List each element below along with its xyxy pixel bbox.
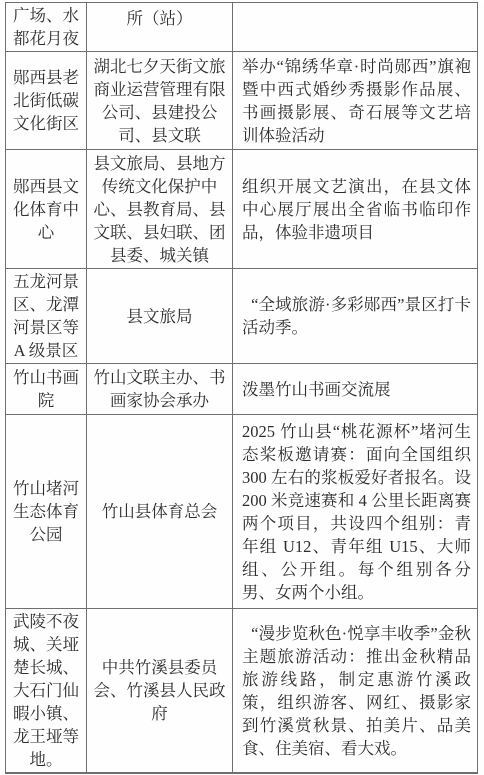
organizer-cell: 县文旅局、县地方传统文化保护中心、县教育局、县文联、县妇联、团县委、城关镇	[87, 150, 233, 269]
table-row: 竹山书画院 竹山文联主办、书画家协会承办 泼墨竹山书画交流展	[6, 364, 478, 415]
activities-table: 广场、水都花月夜 所（站） 郧西县老北街低碳文化街区 湖北七夕天街文旅商业运营管…	[5, 2, 478, 774]
venue-cell: 竹山书画院	[6, 364, 87, 415]
activity-cell: 组织开展文艺演出，在县文体中心展厅展出全省临书临印作品，体验非遗项目	[233, 150, 478, 269]
document-page: 广场、水都花月夜 所（站） 郧西县老北街低碳文化街区 湖北七夕天街文旅商业运营管…	[0, 2, 484, 775]
table-row: 竹山堵河生态体育公园 竹山县体育总会 2025 竹山县“桃花源杯”堵河生态桨板邀…	[6, 415, 478, 609]
table-row: 五龙河景区、龙潭河景区等 A 级景区 县文旅局 “全域旅游·多彩郧西”景区打卡活…	[6, 269, 478, 364]
venue-cell: 武陵不夜城、关垭楚长城、大石门仙暇小镇、龙王垭等地。	[6, 609, 87, 774]
activity-cell: 泼墨竹山书画交流展	[233, 364, 478, 415]
venue-cell: 竹山堵河生态体育公园	[6, 415, 87, 609]
venue-cell: 郧西县文化体育中心	[6, 150, 87, 269]
organizer-cell: 湖北七夕天街文旅商业运营管理有限公司、县建投公司、县文联	[87, 52, 233, 150]
table-row: 郧西县老北街低碳文化街区 湖北七夕天街文旅商业运营管理有限公司、县建投公司、县文…	[6, 52, 478, 150]
activity-cell: “全域旅游·多彩郧西”景区打卡活动季。	[233, 269, 478, 364]
organizer-cell: 中共竹溪县委员会、竹溪县人民政府	[87, 609, 233, 774]
activity-cell: 举办“锦绣华章·时尚郧西”旗袍暨中西式婚纱秀摄影作品展、书画摄影展、奇石展等文艺…	[233, 52, 478, 150]
organizer-cell: 竹山文联主办、书画家协会承办	[87, 364, 233, 415]
venue-cell: 五龙河景区、龙潭河景区等 A 级景区	[6, 269, 87, 364]
table-row: 广场、水都花月夜 所（站）	[6, 3, 478, 52]
table-row: 郧西县文化体育中心 县文旅局、县地方传统文化保护中心、县教育局、县文联、县妇联、…	[6, 150, 478, 269]
activity-cell: “漫步览秋色·悦享丰收季”金秋主题旅游活动：推出金秋精品旅游线路，制定惠游竹溪政…	[233, 609, 478, 774]
venue-cell: 郧西县老北街低碳文化街区	[6, 52, 87, 150]
venue-cell: 广场、水都花月夜	[6, 3, 87, 52]
organizer-cell: 竹山县体育总会	[87, 415, 233, 609]
organizer-cell: 县文旅局	[87, 269, 233, 364]
activity-cell: 2025 竹山县“桃花源杯”堵河生态桨板邀请赛：面向全国组织 300 左右的浆板…	[233, 415, 478, 609]
organizer-cell: 所（站）	[87, 3, 233, 52]
table-row: 武陵不夜城、关垭楚长城、大石门仙暇小镇、龙王垭等地。 中共竹溪县委员会、竹溪县人…	[6, 609, 478, 774]
activity-cell	[233, 3, 478, 52]
